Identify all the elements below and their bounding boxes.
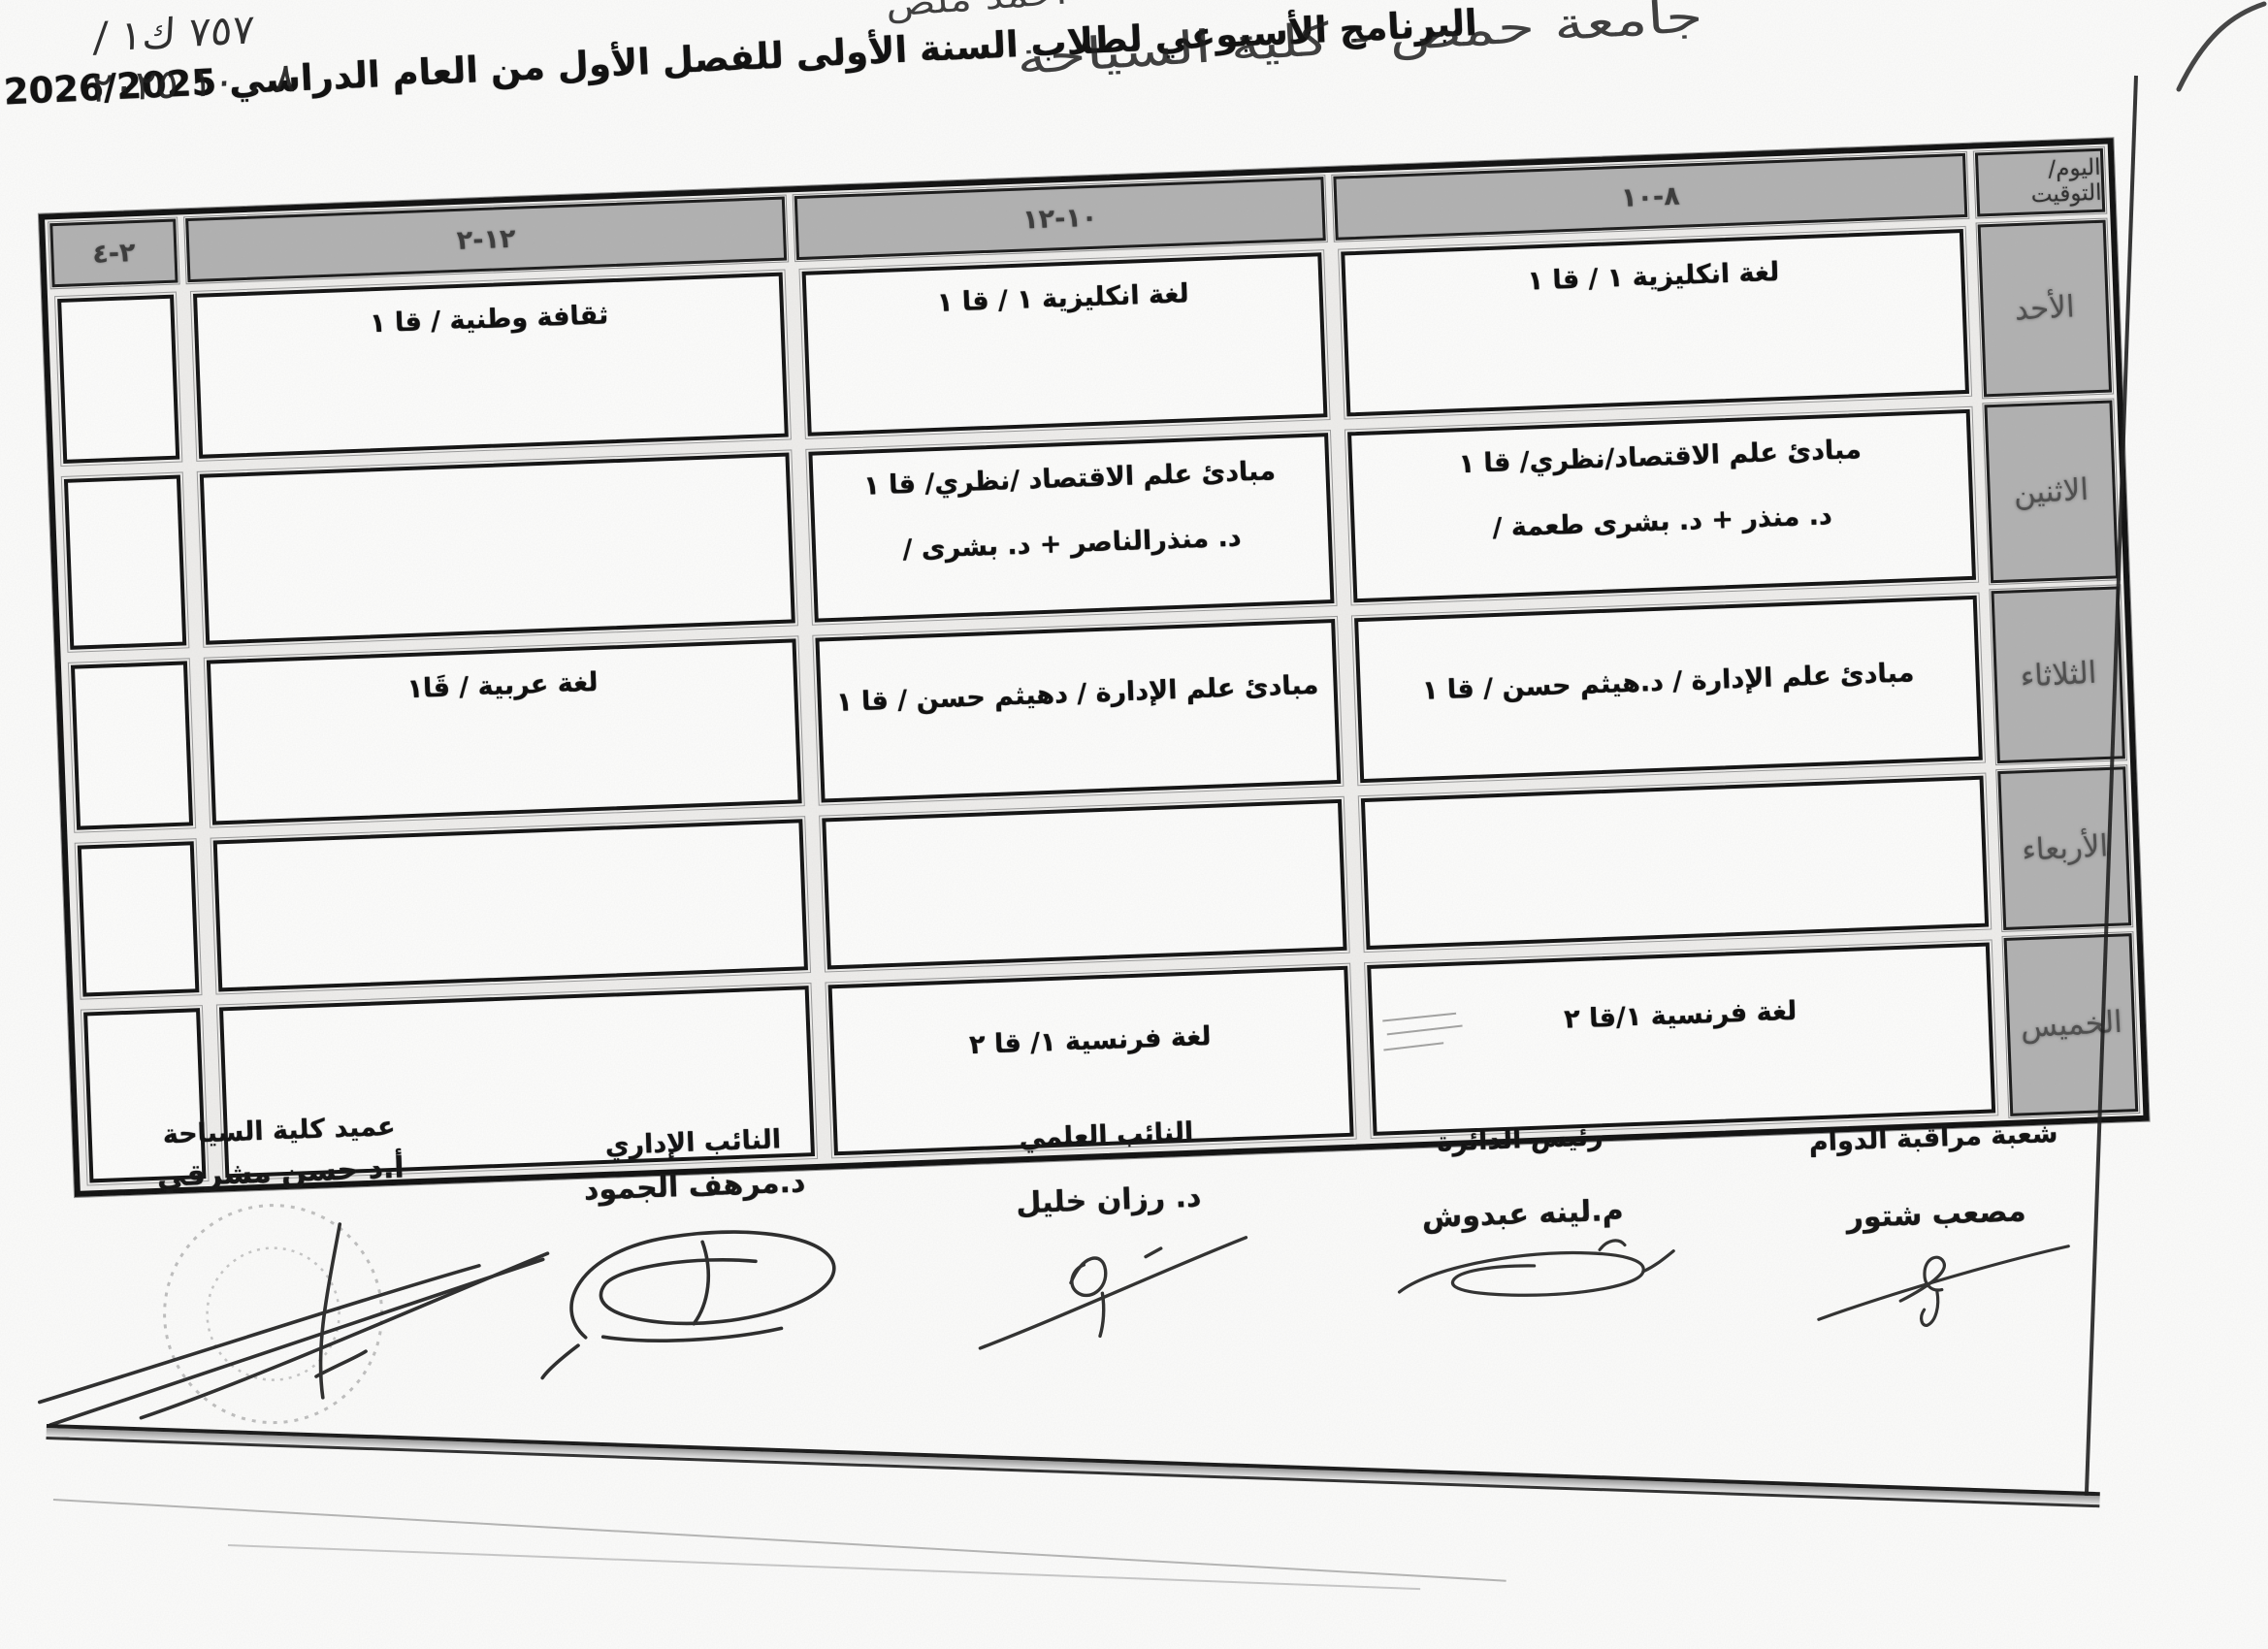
- signature-role: شعبة مراقبة الدوام: [1727, 1115, 2141, 1161]
- slot-tuesday-10-12: مبادئ علم الإدارة / دهيثم حسن / قا ١: [815, 619, 1341, 803]
- header-time-10-12: ١٠-١٢: [794, 177, 1326, 260]
- slot-wednesday-8-10: [1361, 776, 1989, 950]
- slot-monday-2-4: [64, 475, 186, 650]
- header-time-2-4: ٢-٤: [49, 219, 178, 288]
- signature-block-dean: عميد كلية السياحة أ.د حسن مشرقي: [72, 1108, 496, 1409]
- slot-sunday-2-4: [57, 295, 179, 464]
- slot-monday-10-12: مبادئ علم الاقتصاد /نظري/ قا ١ د. منذرال…: [808, 433, 1334, 623]
- slot-sunday-8-10: لغة انكليزية ١ / قا ١: [1341, 229, 1969, 416]
- pen-slash-mark: [2171, 0, 2268, 97]
- slot-sunday-10-12: لغة انكليزية ١ / قا ١: [802, 252, 1328, 436]
- slot-tuesday-12-2: لغة عربية / قَا١: [207, 638, 802, 824]
- signature-block-scientific-deputy: النائب العلمي د. رزان خليل: [899, 1113, 1321, 1379]
- dean-stamp-and-signature-ink: [16, 1187, 568, 1459]
- slot-wednesday-10-12: [822, 799, 1346, 970]
- signature-role: رئيس الدائرة: [1312, 1117, 1727, 1163]
- round-stamp: [161, 1202, 386, 1427]
- slot-wednesday-2-4: [78, 841, 200, 996]
- faint-pencil-line: [53, 1499, 1507, 1582]
- header-time-12-2: ١٢-٢: [185, 197, 787, 283]
- signature-ink: [954, 1206, 1269, 1363]
- document-sheet: أحمد ملص جامعة حمص - كلية السياحة البرنا…: [29, 35, 2165, 1527]
- signature-role: النائب الإداري: [486, 1120, 900, 1166]
- lecturer-text: د. منذرالناصر + د. بشرى /: [902, 523, 1242, 566]
- slot-sunday-12-2: ثقافة وطنية / قا ١: [193, 273, 789, 459]
- course-text: مبادئ علم الإدارة / دهيثم حسن / قا ١: [836, 670, 1319, 718]
- signature-block-department-head: رئيس الدائرة م.لينه عبدوش: [1312, 1117, 1734, 1365]
- signature-name: أ.د حسن مشرقي: [74, 1148, 488, 1197]
- course-text: مبادئ علم الاقتصاد /نظري/ قا ١: [863, 456, 1277, 501]
- signature-ink: [531, 1191, 867, 1387]
- day-cell-monday: الاثنين: [1984, 401, 2119, 584]
- course-text: لغة انكليزية ١ / قا ١: [936, 278, 1189, 318]
- handwritten-university-scrawl: جامعة حمص - كلية السياحة: [446, 0, 1704, 120]
- slot-wednesday-12-2: [213, 819, 808, 991]
- header-corner-cell: اليوم/التوقيت: [1975, 148, 2105, 217]
- lecturer-text: د. منذر + د. بشرى طعمة /: [1492, 501, 1832, 543]
- signature-block-attendance: شعبة مراقبة الدوام مصعب شتور: [1727, 1115, 2148, 1349]
- course-text: مبادئ علم الاقتصاد/نظري/ قا ١: [1458, 435, 1862, 479]
- day-cell-sunday: الأحد: [1978, 220, 2112, 398]
- slot-tuesday-8-10: مبادئ علم الإدارة / د.هيثم حسن / قا ١: [1354, 596, 1983, 783]
- scanned-schedule-document: { "annotations": { "top_left_line1": "٧٥…: [0, 0, 2268, 1649]
- header-time-8-10: ٨-١٠: [1333, 153, 1967, 241]
- slot-monday-8-10: مبادئ علم الاقتصاد/نظري/ قا ١ د. منذر + …: [1347, 409, 1976, 602]
- course-text: لغة فرنسية ١/ قا ٢: [969, 1021, 1212, 1060]
- course-text: ثقافة وطنية / قا ١: [370, 300, 609, 339]
- slot-tuesday-2-4: [71, 661, 193, 829]
- handwritten-name-annotation: أحمد ملص: [884, 0, 1068, 25]
- pen-scratch-marks: [1378, 1010, 1468, 1057]
- weekly-schedule-table: اليوم/التوقيت ٨-١٠ ١٠-١٢ ١٢-٢ ٢-٤ الأحد …: [39, 138, 2150, 1197]
- signature-ink: [1782, 1220, 2096, 1348]
- course-text: لغة فرنسية ١/قا ٢: [1564, 996, 1798, 1035]
- course-text: لغة انكليزية ١ / قا ١: [1527, 257, 1780, 297]
- day-cell-tuesday: الثلاثاء: [1991, 586, 2124, 763]
- slot-monday-12-2: [200, 453, 795, 645]
- signature-ink: [1368, 1219, 1682, 1338]
- course-text: مبادئ علم الإدارة / د.هيثم حسن / قا ١: [1422, 658, 1915, 706]
- signature-role: النائب العلمي: [899, 1113, 1313, 1158]
- corner-label: اليوم/التوقيت: [1978, 155, 2102, 210]
- course-text: لغة عربية / قَا١: [406, 667, 599, 704]
